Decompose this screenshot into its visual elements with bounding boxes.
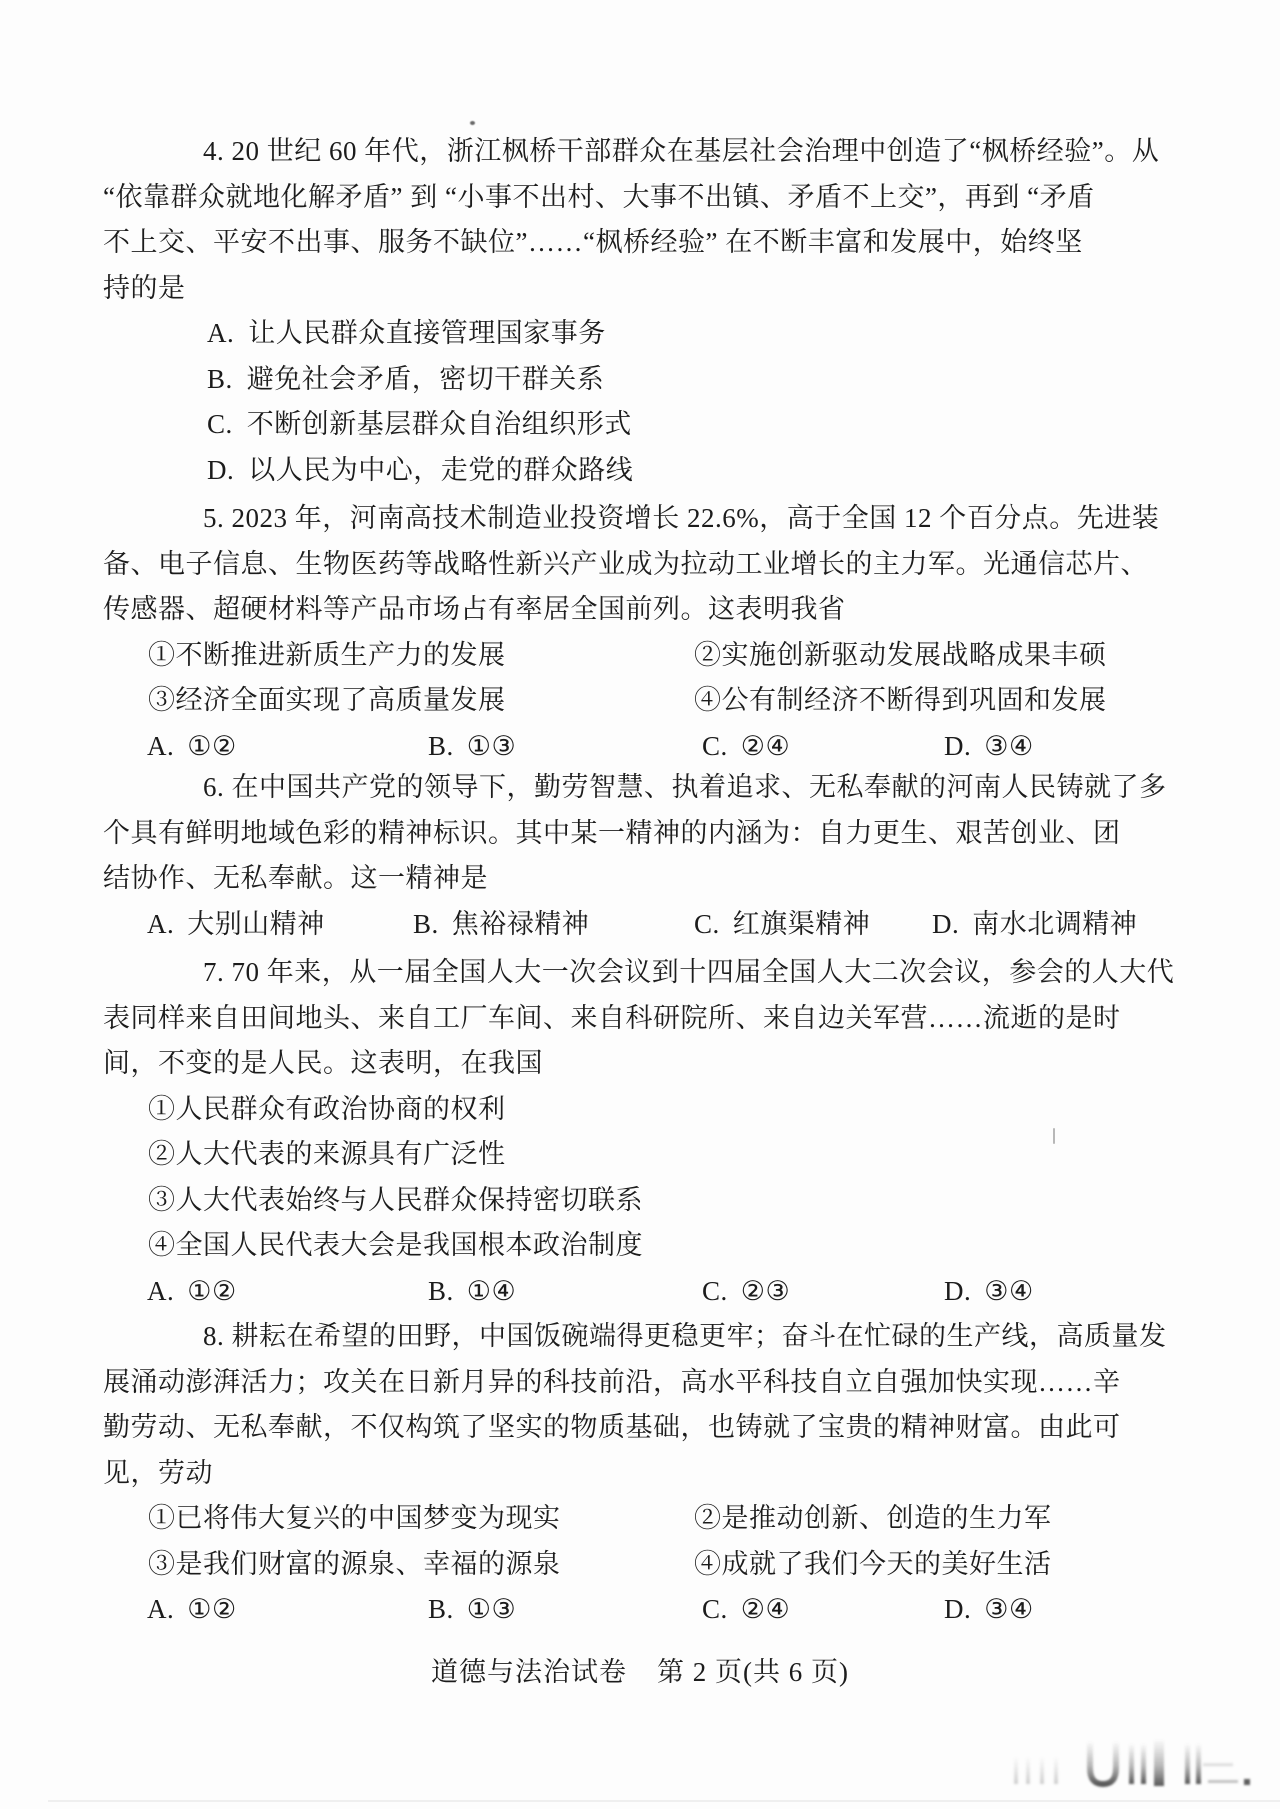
answer-c: C.②③ [702, 1269, 790, 1315]
answer-label: B. [428, 731, 454, 761]
option-a: A.让人民群众直接管理国家事务 [103, 311, 1185, 357]
option-text: 避免社会矛盾，密切干群关系 [247, 364, 605, 394]
numbered-item-1: ①已将伟大复兴的中国梦变为现实 [148, 1496, 561, 1542]
answer-a: A.①② [147, 724, 237, 770]
answer-text: ②④ [741, 731, 790, 761]
answer-label: C. [702, 731, 728, 761]
answer-text: ②③ [741, 1276, 790, 1306]
numbered-items-row: ③是我们财富的源泉、幸福的源泉 ④成就了我们今天的美好生活 [103, 1542, 1185, 1588]
question-text-line: 个具有鲜明地域色彩的精神标识。其中某一精神的内涵为：自力更生、艰苦创业、团 [103, 811, 1185, 857]
answer-c: C.②④ [702, 1587, 790, 1633]
numbered-item-4: ④成就了我们今天的美好生活 [694, 1542, 1052, 1588]
question-text-line: 展涌动澎湃活力；攻关在日新月异的科技前沿，高水平科技自立自强加快实现……辛 [103, 1360, 1185, 1406]
question-text-line: 6. 在中国共产党的领导下，勤劳智慧、执着追求、无私奉献的河南人民铸就了多 [103, 765, 1185, 811]
answer-a: A.①② [147, 1587, 237, 1633]
option-text: 以人民为中心，走党的群众路线 [248, 455, 633, 485]
numbered-item-2: ②人大代表的来源具有广泛性 [103, 1132, 1185, 1178]
option-text: 让人民群众直接管理国家事务 [248, 318, 606, 348]
answer-text: ③④ [984, 1276, 1033, 1306]
answer-text: ③④ [984, 1594, 1033, 1624]
option-label: B. [207, 364, 233, 394]
question-5: 5. 2023 年，河南高技术制造业投资增长 22.6%，高于全国 12 个百分… [103, 496, 1185, 769]
answer-label: B. [413, 909, 439, 939]
question-text-line: 8. 耕耘在希望的田野，中国饭碗端得更稳更牢；奋斗在忙碌的生产线，高质量发 [103, 1314, 1185, 1360]
answer-label: D. [932, 909, 959, 939]
question-text-line: 传感器、超硬材料等产品市场占有率居全国前列。这表明我省 [103, 587, 1185, 633]
question-4: 4. 20 世纪 60 年代，浙江枫桥干部群众在基层社会治理中创造了“枫桥经验”… [103, 129, 1185, 493]
scan-dot-artifact [470, 121, 475, 125]
numbered-item-1: ①不断推进新质生产力的发展 [148, 633, 506, 679]
answer-choices-row: A.①② B.①④ C.②③ D.③④ [103, 1269, 1185, 1315]
answer-label: A. [147, 1594, 174, 1624]
answer-choices-row: A.大别山精神 B.焦裕禄精神 C.红旗渠精神 D.南水北调精神 [103, 902, 1185, 948]
answer-c: C.红旗渠精神 [694, 902, 870, 948]
answer-d: D.③④ [944, 1269, 1034, 1315]
answer-label: B. [428, 1594, 454, 1624]
answer-label: D. [944, 731, 971, 761]
option-label: A. [207, 318, 234, 348]
option-label: C. [207, 409, 233, 439]
answer-d: D.③④ [944, 724, 1034, 770]
answer-text: ①④ [467, 1276, 516, 1306]
answer-label: C. [702, 1276, 728, 1306]
answer-b: B.①③ [428, 724, 516, 770]
question-text-line: 间，不变的是人民。这表明，在我国 [103, 1041, 1185, 1087]
answer-text: ②④ [741, 1594, 790, 1624]
answer-label: A. [147, 909, 174, 939]
answer-text: ①② [187, 1594, 236, 1624]
answer-choices-row: A.①② B.①③ C.②④ D.③④ [103, 1587, 1185, 1633]
option-label: D. [207, 455, 234, 485]
numbered-item-1: ①人民群众有政治协商的权利 [103, 1087, 1185, 1133]
page-footer: 道德与法治试卷第 2 页(共 6 页) [0, 1649, 1280, 1695]
answer-label: A. [147, 731, 174, 761]
numbered-item-2: ②实施创新驱动发展战略成果丰硕 [694, 633, 1107, 679]
answer-label: A. [147, 1276, 174, 1306]
question-text-line: 持的是 [103, 266, 1185, 312]
answer-text: 红旗渠精神 [733, 909, 871, 939]
answer-text: 南水北调精神 [972, 909, 1137, 939]
question-6: 6. 在中国共产党的领导下，勤劳智慧、执着追求、无私奉献的河南人民铸就了多 个具… [103, 765, 1185, 947]
answer-label: C. [702, 1594, 728, 1624]
answer-text: ③④ [984, 731, 1033, 761]
numbered-item-3: ③是我们财富的源泉、幸福的源泉 [148, 1542, 561, 1588]
option-b: B.避免社会矛盾，密切干群关系 [103, 357, 1185, 403]
exam-paper-page: 4. 20 世纪 60 年代，浙江枫桥干部群众在基层社会治理中创造了“枫桥经验”… [0, 0, 1280, 1809]
answer-b: B.焦裕禄精神 [413, 902, 589, 948]
numbered-item-3: ③人大代表始终与人民群众保持密切联系 [103, 1178, 1185, 1224]
question-text-line: 勤劳动、无私奉献，不仅构筑了坚实的物质基础，也铸就了宝贵的精神财富。由此可 [103, 1405, 1185, 1451]
numbered-item-4: ④公有制经济不断得到巩固和发展 [694, 678, 1107, 724]
answer-label: C. [694, 909, 720, 939]
scan-edge-line [48, 1800, 1280, 1802]
question-text-line: 不上交、平安不出事、服务不缺位”……“枫桥经验” 在不断丰富和发展中，始终坚 [103, 220, 1185, 266]
question-text-line: 7. 70 年来，从一届全国人大一次会议到十四届全国人大二次会议，参会的人大代 [103, 950, 1185, 996]
option-c: C.不断创新基层群众自治组织形式 [103, 402, 1185, 448]
answer-text: ①② [187, 731, 236, 761]
question-text-line: 见，劳动 [103, 1451, 1185, 1497]
question-text-line: 5. 2023 年，河南高技术制造业投资增长 22.6%，高于全国 12 个百分… [103, 496, 1185, 542]
question-7: 7. 70 年来，从一届全国人大一次会议到十四届全国人大二次会议，参会的人大代 … [103, 950, 1185, 1314]
option-d: D.以人民为中心，走党的群众路线 [103, 448, 1185, 494]
answer-b: B.①③ [428, 1587, 516, 1633]
option-text: 不断创新基层群众自治组织形式 [247, 409, 632, 439]
numbered-item-2: ②是推动创新、创造的生力军 [694, 1496, 1052, 1542]
scan-tick-artifact [1053, 1128, 1055, 1144]
numbered-item-4: ④全国人民代表大会是我国根本政治制度 [103, 1223, 1185, 1269]
answer-a: A.大别山精神 [147, 902, 325, 948]
answer-text: ①② [187, 1276, 236, 1306]
question-text-line: 结协作、无私奉献。这一精神是 [103, 856, 1185, 902]
page-number: 第 2 页(共 6 页) [657, 1657, 849, 1687]
question-8: 8. 耕耘在希望的田野，中国饭碗端得更稳更牢；奋斗在忙碌的生产线，高质量发 展涌… [103, 1314, 1185, 1633]
answer-b: B.①④ [428, 1269, 516, 1315]
answer-label: B. [428, 1276, 454, 1306]
answer-label: D. [944, 1594, 971, 1624]
answer-text: ①③ [467, 1594, 516, 1624]
answer-c: C.②④ [702, 724, 790, 770]
question-text-line: 备、电子信息、生物医药等战略性新兴产业成为拉动工业增长的主力军。光通信芯片、 [103, 542, 1185, 588]
numbered-items-row: ①已将伟大复兴的中国梦变为现实 ②是推动创新、创造的生力军 [103, 1496, 1185, 1542]
answer-text: 大别山精神 [187, 909, 325, 939]
answer-choices-row: A.①② B.①③ C.②④ D.③④ [103, 724, 1185, 770]
answer-text: ①③ [467, 731, 516, 761]
answer-label: D. [944, 1276, 971, 1306]
answer-a: A.①② [147, 1269, 237, 1315]
numbered-item-3: ③经济全面实现了高质量发展 [148, 678, 506, 724]
numbered-items-row: ③经济全面实现了高质量发展 ④公有制经济不断得到巩固和发展 [103, 678, 1185, 724]
question-text-line: “依靠群众就地化解矛盾” 到 “小事不出村、大事不出镇、矛盾不上交”，再到 “矛… [103, 175, 1185, 221]
question-text-line: 4. 20 世纪 60 年代，浙江枫桥干部群众在基层社会治理中创造了“枫桥经验”… [103, 129, 1185, 175]
paper-title: 道德与法治试卷 [431, 1657, 627, 1687]
exam-content: 4. 20 世纪 60 年代，浙江枫桥干部群众在基层社会治理中创造了“枫桥经验”… [103, 129, 1185, 1633]
question-text-line: 表同样来自田间地头、来自工厂车间、来自科研院所、来自边关军营……流逝的是时 [103, 996, 1185, 1042]
answer-text: 焦裕禄精神 [452, 909, 590, 939]
answer-d: D.③④ [944, 1587, 1034, 1633]
answer-d: D.南水北调精神 [932, 902, 1137, 948]
numbered-items-row: ①不断推进新质生产力的发展 ②实施创新驱动发展战略成果丰硕 [103, 633, 1185, 679]
watermark-artifact [1010, 1736, 1260, 1794]
